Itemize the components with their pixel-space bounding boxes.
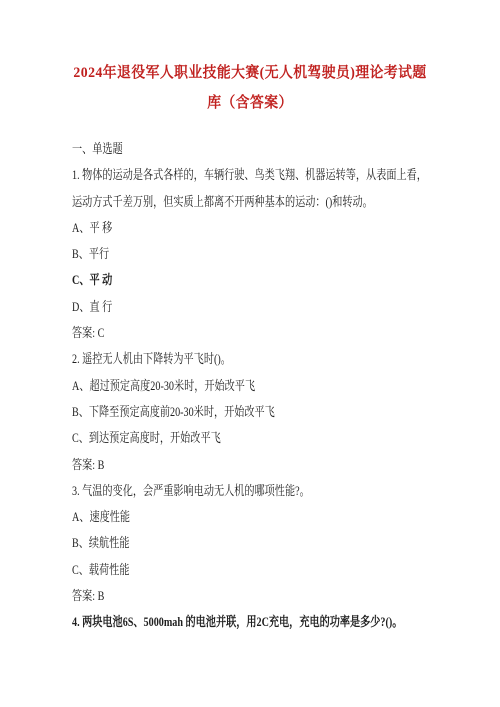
question-1-answer: 答案: C — [72, 320, 384, 346]
question-1-continued: 运动方式千差万别，但实质上都离不开两种基本的运动：()和转动。 — [72, 189, 384, 215]
question-1-option-d: D、直 行 — [72, 294, 384, 320]
question-3-option-b: B、续航性能 — [72, 530, 384, 556]
question-1-option-b: B、平行 — [72, 241, 384, 267]
question-1: 1. 物体的运动是各式各样的，车辆行驶、鸟类飞翔、机器运转等，从表面上看， — [72, 162, 384, 188]
question-3-answer: 答案: B — [72, 583, 384, 609]
question-2-option-a: A、超过预定高度20-30米时，开始改平飞 — [72, 373, 384, 399]
question-4: 4. 两块电池6S、5000mah 的电池并联，用2C充电，充电的功率是多少?(… — [72, 609, 384, 635]
question-3-option-a: A、速度性能 — [72, 504, 384, 530]
question-3: 3. 气温的变化，会严重影响电动无人机的哪项性能?。 — [72, 478, 384, 504]
question-1-option-c: C、平 动 — [72, 267, 384, 293]
section-heading: 一、单选题 — [72, 136, 384, 162]
document-body: 一、单选题1. 物体的运动是各式各样的，车辆行驶、鸟类飞翔、机器运转等，从表面上… — [72, 136, 472, 636]
document-title: 2024年退役军人职业技能大赛(无人机驾驶员)理论考试题 库（含答案） — [20, 58, 480, 118]
question-2-option-b: B、下降至预定高度前20-30米时，开始改平飞 — [72, 399, 384, 425]
question-3-option-c: C、载荷性能 — [72, 557, 384, 583]
question-1-option-a: A、平 移 — [72, 215, 384, 241]
document-title-line-2: 库（含答案） — [20, 88, 480, 118]
document-page: 2024年退役军人职业技能大赛(无人机驾驶员)理论考试题 库（含答案） 一、单选… — [0, 0, 500, 707]
question-2: 2. 遥控无人机由下降转为平飞时()。 — [72, 346, 384, 372]
question-2-option-c: C、到达预定高度时，开始改平飞 — [72, 425, 384, 451]
question-2-answer: 答案: B — [72, 452, 384, 478]
document-title-line-1: 2024年退役军人职业技能大赛(无人机驾驶员)理论考试题 — [20, 58, 480, 88]
